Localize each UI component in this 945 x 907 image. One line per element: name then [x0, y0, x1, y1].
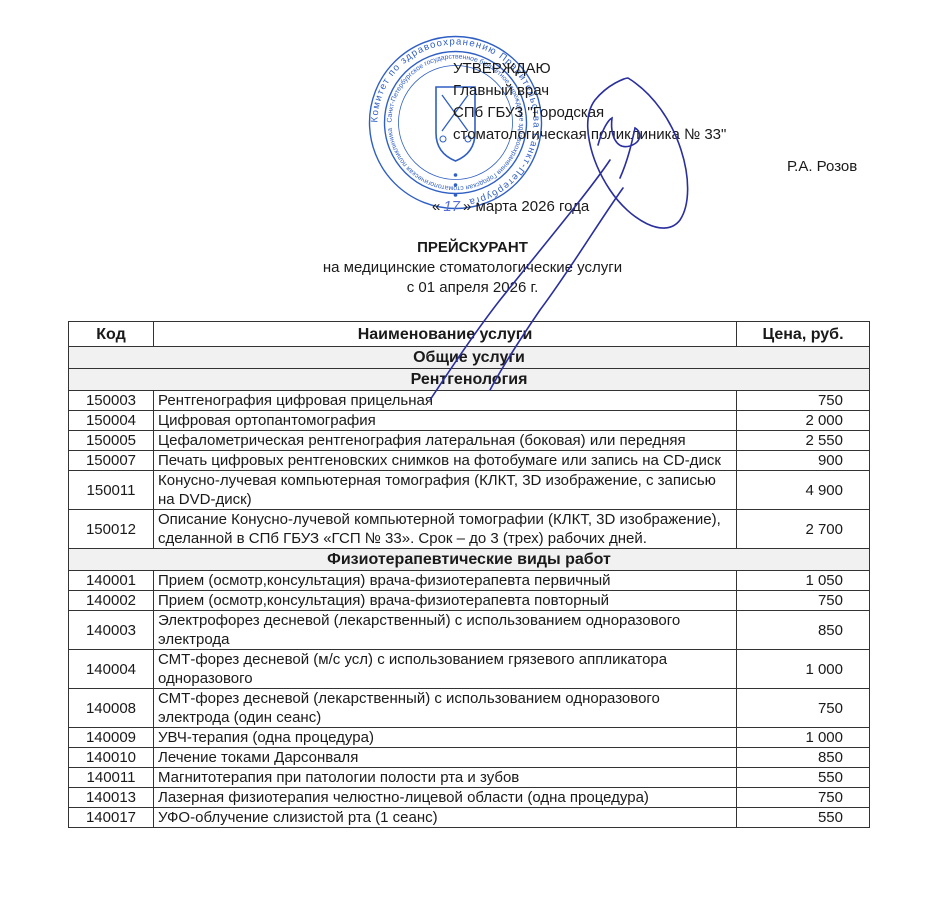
- service-price: 850: [737, 748, 870, 768]
- service-code: 140004: [69, 650, 154, 689]
- approval-org-line-1: СПб ГБУЗ "Городская: [453, 102, 726, 124]
- service-code: 150007: [69, 451, 154, 471]
- service-name: Прием (осмотр,консультация) врача-физиот…: [154, 591, 737, 611]
- service-code: 140013: [69, 788, 154, 808]
- service-price: 900: [737, 451, 870, 471]
- table-row: 140011Магнитотерапия при патологии полос…: [69, 768, 870, 788]
- service-name: Цефалометрическая рентгенография латерал…: [154, 431, 737, 451]
- table-row: 150007Печать цифровых рентгеновских сним…: [69, 451, 870, 471]
- approval-block: УТВЕРЖДАЮ Главный врач СПб ГБУЗ "Городск…: [453, 58, 726, 146]
- service-price: 1 000: [737, 728, 870, 748]
- service-name: Лечение токами Дарсонваля: [154, 748, 737, 768]
- service-price: 750: [737, 689, 870, 728]
- table-row: 150011Конусно-лучевая компьютерная томог…: [69, 471, 870, 510]
- service-name: Конусно-лучевая компьютерная томография …: [154, 471, 737, 510]
- service-code: 140009: [69, 728, 154, 748]
- service-price: 850: [737, 611, 870, 650]
- approval-heading: УТВЕРЖДАЮ: [453, 58, 726, 80]
- service-code: 150003: [69, 391, 154, 411]
- table-row: 140004СМТ-форез десневой (м/с усл) с исп…: [69, 650, 870, 689]
- approval-position: Главный врач: [453, 80, 726, 102]
- service-name: УФО-облучение слизистой рта (1 сеанс): [154, 808, 737, 828]
- service-code: 150004: [69, 411, 154, 431]
- table-row: 140013Лазерная физиотерапия челюстно-лиц…: [69, 788, 870, 808]
- service-code: 140008: [69, 689, 154, 728]
- section-row: Рентгенология: [69, 369, 870, 391]
- document-effective-date: с 01 апреля 2026 г.: [0, 278, 945, 298]
- table-row: 140009УВЧ-терапия (одна процедура)1 000: [69, 728, 870, 748]
- section-label: Общие услуги: [69, 347, 870, 369]
- service-name: Цифровая ортопантомография: [154, 411, 737, 431]
- service-name: СМТ-форез десневой (м/с усл) с использов…: [154, 650, 737, 689]
- service-name: Лазерная физиотерапия челюстно-лицевой о…: [154, 788, 737, 808]
- service-code: 140010: [69, 748, 154, 768]
- table-header-row: Код Наименование услуги Цена, руб.: [69, 322, 870, 347]
- header-name: Наименование услуги: [154, 322, 737, 347]
- service-code: 150005: [69, 431, 154, 451]
- service-name: СМТ-форез десневой (лекарственный) с исп…: [154, 689, 737, 728]
- service-code: 140017: [69, 808, 154, 828]
- service-price: 4 900: [737, 471, 870, 510]
- table-row: 140002Прием (осмотр,консультация) врача-…: [69, 591, 870, 611]
- approval-org-line-2: стоматологическая поликлиника № 33": [453, 124, 726, 146]
- table-row: 150003Рентгенография цифровая прицельная…: [69, 391, 870, 411]
- table-row: 150005Цефалометрическая рентгенография л…: [69, 431, 870, 451]
- service-name: Описание Конусно-лучевой компьютерной то…: [154, 510, 737, 549]
- service-code: 150012: [69, 510, 154, 549]
- signer-name: Р.А. Розов: [787, 158, 857, 175]
- service-name: Рентгенография цифровая прицельная: [154, 391, 737, 411]
- table-row: 140008СМТ-форез десневой (лекарственный)…: [69, 689, 870, 728]
- table-row: 140003Электрофорез десневой (лекарственн…: [69, 611, 870, 650]
- date-suffix: » марта 2026 года: [463, 198, 589, 215]
- service-price: 750: [737, 788, 870, 808]
- service-name: Печать цифровых рентгеновских снимков на…: [154, 451, 737, 471]
- service-code: 140002: [69, 591, 154, 611]
- service-code: 140003: [69, 611, 154, 650]
- section-label: Рентгенология: [69, 369, 870, 391]
- table-row: 140001Прием (осмотр,консультация) врача-…: [69, 571, 870, 591]
- service-price: 550: [737, 768, 870, 788]
- service-price: 2 000: [737, 411, 870, 431]
- service-price: 1 000: [737, 650, 870, 689]
- table-row: 150012Описание Конусно-лучевой компьютер…: [69, 510, 870, 549]
- date-day: 17: [440, 198, 463, 215]
- service-code: 150011: [69, 471, 154, 510]
- service-price: 550: [737, 808, 870, 828]
- header-price: Цена, руб.: [737, 322, 870, 347]
- approval-date: «17» марта 2026 года: [432, 198, 589, 215]
- section-label: Физиотерапевтические виды работ: [69, 549, 870, 571]
- service-name: Магнитотерапия при патологии полости рта…: [154, 768, 737, 788]
- document-title: ПРЕЙСКУРАНТ: [0, 238, 945, 258]
- document-title-block: ПРЕЙСКУРАНТ на медицинские стоматологиче…: [0, 238, 945, 298]
- header-code: Код: [69, 322, 154, 347]
- service-code: 140011: [69, 768, 154, 788]
- table-row: 140010Лечение токами Дарсонваля850: [69, 748, 870, 768]
- section-row: Общие услуги: [69, 347, 870, 369]
- service-price: 1 050: [737, 571, 870, 591]
- service-price: 2 550: [737, 431, 870, 451]
- service-price: 750: [737, 391, 870, 411]
- service-name: Прием (осмотр,консультация) врача-физиот…: [154, 571, 737, 591]
- service-price: 750: [737, 591, 870, 611]
- section-row: Физиотерапевтические виды работ: [69, 549, 870, 571]
- service-code: 140001: [69, 571, 154, 591]
- table-row: 140017УФО-облучение слизистой рта (1 сеа…: [69, 808, 870, 828]
- table-row: 150004Цифровая ортопантомография2 000: [69, 411, 870, 431]
- price-table: Код Наименование услуги Цена, руб. Общие…: [68, 321, 870, 828]
- document-subtitle: на медицинские стоматологические услуги: [0, 258, 945, 278]
- service-price: 2 700: [737, 510, 870, 549]
- service-name: Электрофорез десневой (лекарственный) с …: [154, 611, 737, 650]
- service-name: УВЧ-терапия (одна процедура): [154, 728, 737, 748]
